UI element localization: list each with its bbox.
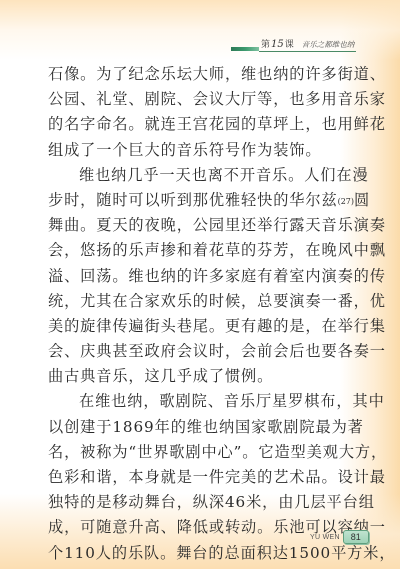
footnote-marker: (27) xyxy=(338,197,354,206)
textbook-page: 第15课 音乐之都维也纳 石像。为了纪念乐坛大师，维也纳的许多街道、 公园、礼堂… xyxy=(0,0,400,569)
text-line: 色彩和谐，本身就是一件完美的艺术品。设计最 xyxy=(48,465,348,490)
text-line: 会，悠扬的乐声掺和着花草的芬芳，在晚风中飘 xyxy=(48,238,348,263)
subject-label: YU WEN xyxy=(310,534,340,541)
running-header: 第15课 音乐之都维也纳 xyxy=(231,38,356,52)
page-number-badge: 81 xyxy=(343,530,369,544)
text-line: 组成了一个巨大的音乐符号作为装饰。 xyxy=(48,138,348,163)
text-line: 统，尤其在合家欢乐的时候，总要演奏一番，优 xyxy=(48,289,348,314)
text-line: 会、庆典甚至政府会议时，会前会后也要各奏一 xyxy=(48,339,348,364)
page-footer: YU WEN 81 xyxy=(310,530,369,544)
text-line: 溢、回荡。维也纳的许多家庭有着室内演奏的传 xyxy=(48,264,348,289)
text-line: 名，被称为“世界歌剧中心”。它造型美观大方， xyxy=(48,440,348,465)
header-text: 第15课 音乐之都维也纳 xyxy=(259,38,356,52)
text-segment: 圆 xyxy=(354,191,370,209)
text-line: 独特的是移动舞台，纵深46米，由几层平台组 xyxy=(48,490,348,515)
paragraph-start-line: 维也纳几乎一天也离不开音乐。人们在漫 xyxy=(48,163,348,188)
header-decor-bar xyxy=(231,47,259,51)
text-line: 个110人的乐队。舞台的总面积达1500平方米， xyxy=(48,541,348,566)
text-segment: 步时，随时可以听到那优雅轻快的华尔兹 xyxy=(48,191,338,209)
lesson-title: 音乐之都维也纳 xyxy=(302,39,355,50)
text-line: 舞曲。夏天的夜晚，公园里还举行露天音乐演奏 xyxy=(48,213,348,238)
lesson-number: 第15课 xyxy=(261,37,294,50)
lesson-prefix: 第 xyxy=(261,40,270,50)
body-text: 石像。为了纪念乐坛大师，维也纳的许多街道、 公园、礼堂、剧院、会议大厅等，也多用… xyxy=(48,62,348,566)
text-line: 美的旋律传遍街头巷尾。更有趣的是，在举行集 xyxy=(48,314,348,339)
text-line: 曲古典音乐，这几乎成了惯例。 xyxy=(48,364,348,389)
text-line: 石像。为了纪念乐坛大师，维也纳的许多街道、 xyxy=(48,62,348,87)
text-line: 成，可随意升高、降低或转动。乐池可以容纳一 xyxy=(48,515,348,540)
text-line-with-note: 步时，随时可以听到那优雅轻快的华尔兹(27)圆 xyxy=(48,188,348,213)
lesson-suffix: 课 xyxy=(285,40,294,50)
text-line: 以创建于1869年的维也纳国家歌剧院最为著 xyxy=(48,415,348,440)
text-line: 公园、礼堂、剧院、会议大厅等，也多用音乐家 xyxy=(48,87,348,112)
paragraph-start-line: 在维也纳，歌剧院、音乐厅星罗棋布，其中 xyxy=(48,389,348,414)
lesson-number-value: 15 xyxy=(271,39,284,50)
text-line: 的名字命名。就连王宫花园的草坪上，也用鲜花 xyxy=(48,112,348,137)
